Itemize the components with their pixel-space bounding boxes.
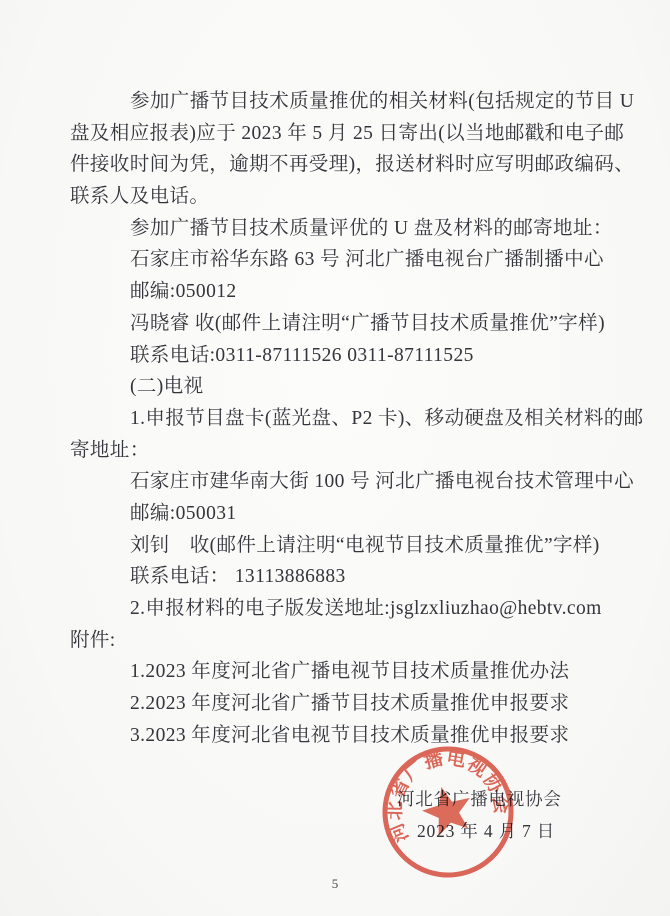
document-body: 参加广播节目技术质量推优的相关材料(包括规定的节目 U 盘及相应报表)应于 20… bbox=[70, 86, 606, 751]
doc-line: 石家庄市建华南大街 100 号 河北广播电视台技术管理中心 bbox=[70, 466, 606, 498]
doc-line: 2.申报材料的电子版发送地址:jsglzxliuzhao@hebtv.com bbox=[70, 593, 606, 625]
doc-line: 附件: bbox=[70, 625, 606, 657]
doc-line: 寄地址： bbox=[70, 435, 606, 467]
page-number: 5 bbox=[0, 876, 670, 892]
doc-line: 盘及相应报表)应于 2023 年 5 月 25 日寄出(以当地邮戳和电子邮 bbox=[70, 118, 606, 150]
seal-arc-text: 河北省广播电视协会 bbox=[378, 742, 516, 846]
doc-line: 3.2023 年度河北省电视节目技术质量推优申报要求 bbox=[70, 720, 606, 752]
official-seal-icon: 河北省广播电视协会 bbox=[378, 742, 518, 882]
doc-line: 2.2023 年度河北省广播节目技术质量推优申报要求 bbox=[70, 688, 606, 720]
doc-line: 1.申报节目盘卡(蓝光盘、P2 卡)、移动硬盘及相关材料的邮 bbox=[70, 403, 606, 435]
doc-line: 参加广播节目技术质量推优的相关材料(包括规定的节目 U bbox=[70, 86, 606, 118]
doc-line: 联系电话:0311-87111526 0311-87111525 bbox=[70, 340, 606, 372]
doc-line: 邮编:050031 bbox=[70, 498, 606, 530]
star-icon bbox=[417, 780, 477, 838]
doc-line: 联系电话： 13113886883 bbox=[70, 561, 606, 593]
doc-line: (二)电视 bbox=[70, 371, 606, 403]
doc-line: 联系人及电话。 bbox=[70, 181, 606, 213]
doc-line: 1.2023 年度河北省广播电视节目技术质量推优办法 bbox=[70, 656, 606, 688]
doc-line: 石家庄市裕华东路 63 号 河北广播电视台广播制播中心 bbox=[70, 244, 606, 276]
doc-line: 参加广播节目技术质量评优的 U 盘及材料的邮寄地址： bbox=[70, 213, 606, 245]
doc-line: 冯晓睿 收(邮件上请注明“广播节目技术质量推优”字样) bbox=[70, 308, 606, 340]
doc-line: 件接收时间为凭，逾期不再受理)，报送材料时应写明邮政编码、 bbox=[70, 149, 606, 181]
document-page: 参加广播节目技术质量推优的相关材料(包括规定的节目 U 盘及相应报表)应于 20… bbox=[0, 0, 670, 916]
doc-line: 刘钊 收(邮件上请注明“电视节目技术质量推优”字样) bbox=[70, 530, 606, 562]
doc-line: 邮编:050012 bbox=[70, 276, 606, 308]
